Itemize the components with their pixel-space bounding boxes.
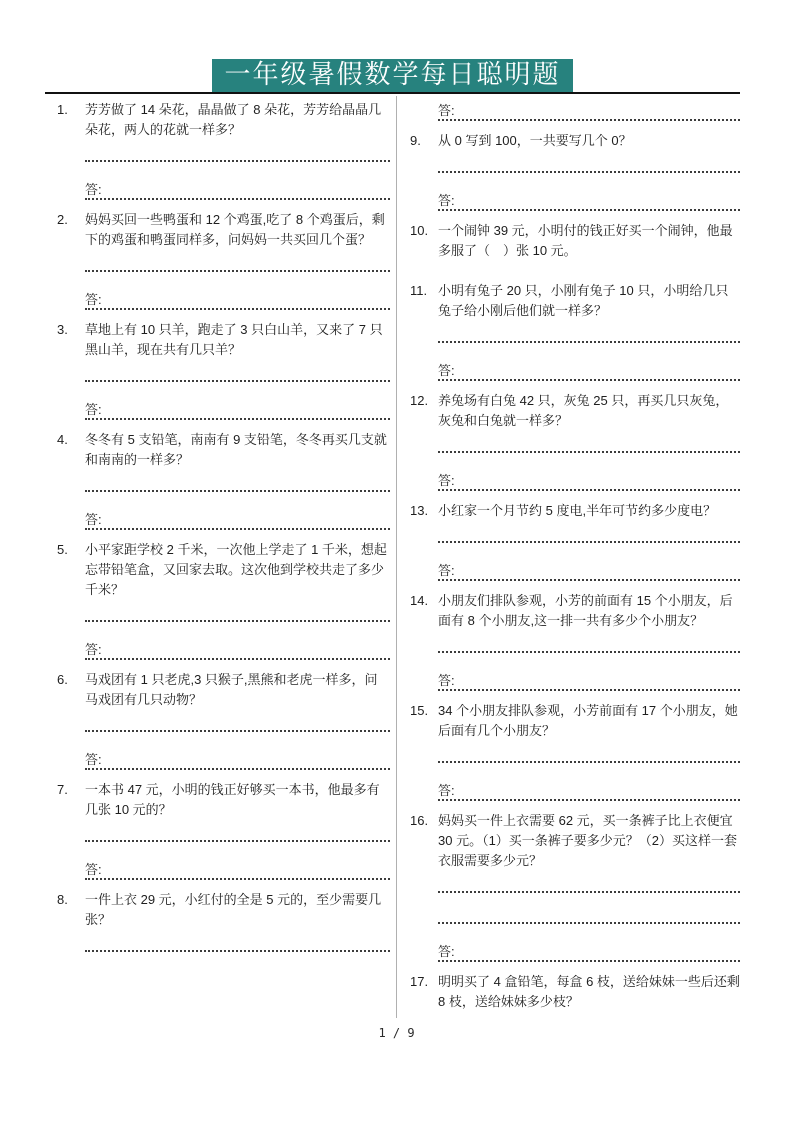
question-number: 5. — [57, 540, 85, 600]
question-item: 11.小明有兔子 20 只，小刚有兔子 10 只，小明给几只兔子给小刚后他们就一… — [410, 281, 740, 321]
question-text: 妈妈买一件上衣需要 62 元，买一条裤子比上衣便宜 30 元。（1）买一条裤子要… — [438, 811, 740, 871]
answer-writing-line — [438, 891, 740, 893]
question-text: 冬冬有 5 支铅笔，南南有 9 支铅笔，冬冬再买几支就和南南的一样多？ — [85, 430, 390, 470]
question-item: 2.妈妈买回一些鸭蛋和 12 个鸡蛋,吃了 8 个鸡蛋后，剩下的鸡蛋和鸭蛋同样多… — [57, 210, 390, 250]
question-number: 9. — [410, 131, 438, 151]
question-text: 小明有兔子 20 只，小刚有兔子 10 只，小明给几只兔子给小刚后他们就一样多？ — [438, 281, 740, 321]
answer-writing-line — [438, 761, 740, 763]
answer-label: 答: — [438, 944, 455, 959]
answer-writing-line — [438, 451, 740, 453]
question-item: 10.一个闹钟 39 元，小明付的钱正好买一个闹钟，他最多服了（ ）张 10 元… — [410, 221, 740, 261]
question-item: 5.小平家距学校 2 千米，一次他上学走了 1 千米，想起忘带铅笔盒，又回家去取… — [57, 540, 390, 600]
answer-writing-line — [85, 270, 390, 272]
answer-label: 答: — [438, 673, 455, 688]
question-text: 养兔场有白兔 42 只，灰兔 25 只，再买几只灰兔，灰兔和白兔就一样多？ — [438, 391, 740, 431]
answer-writing-line — [85, 950, 390, 952]
question-number: 13. — [410, 501, 438, 521]
answer-writing-line — [438, 541, 740, 543]
question-text: 草地上有 10 只羊，跑走了 3 只白山羊，又来了 7 只黑山羊，现在共有几只羊… — [85, 320, 390, 360]
answer-label-line: 答: — [85, 639, 390, 660]
question-text: 马戏团有 1 只老虎,3 只猴子,黑熊和老虎一样多，问马戏团有几只动物？ — [85, 670, 390, 710]
answer-label: 答: — [85, 752, 102, 767]
question-text: 小平家距学校 2 千米，一次他上学走了 1 千米，想起忘带铅笔盒，又回家去取。这… — [85, 540, 390, 600]
answer-writing-line — [438, 341, 740, 343]
answer-label-line: 答: — [438, 190, 740, 211]
answer-writing-line — [438, 922, 740, 924]
worksheet-page: 一年级暑假数学每日聪明题 1.芳芳做了 14 朵花，晶晶做了 8 朵花，芳芳给晶… — [0, 0, 793, 1122]
answer-label: 答: — [438, 363, 455, 378]
answer-label: 答: — [438, 473, 455, 488]
right-column: 答:9.从 0 写到 100，一共要写几个 0？答:10.一个闹钟 39 元，小… — [410, 100, 740, 1032]
answer-label: 答: — [85, 512, 102, 527]
question-item: 12.养兔场有白兔 42 只，灰兔 25 只，再买几只灰兔，灰兔和白兔就一样多？ — [410, 391, 740, 431]
answer-label: 答: — [438, 193, 455, 208]
question-item: 16.妈妈买一件上衣需要 62 元，买一条裤子比上衣便宜 30 元。（1）买一条… — [410, 811, 740, 871]
question-item: 17.明明买了 4 盒铅笔，每盒 6 枝，送给妹妹一些后还剩 8 枝，送给妹妹多… — [410, 972, 740, 1012]
question-number: 7. — [57, 780, 85, 820]
question-number: 4. — [57, 430, 85, 470]
question-item: 9.从 0 写到 100，一共要写几个 0？ — [410, 131, 740, 151]
question-text: 一件上衣 29 元，小红付的全是 5 元的，至少需要几张？ — [85, 890, 390, 930]
question-text: 从 0 写到 100，一共要写几个 0？ — [438, 131, 740, 151]
question-text: 一本书 47 元，小明的钱正好够买一本书，他最多有几张 10 元的？ — [85, 780, 390, 820]
answer-label: 答: — [85, 642, 102, 657]
question-item: 15.34 个小朋友排队参观，小芳前面有 17 个小朋友，她后面有几个小朋友？ — [410, 701, 740, 741]
answer-label-line: 答: — [85, 859, 390, 880]
answer-label: 答: — [85, 182, 102, 197]
question-number: 8. — [57, 890, 85, 930]
answer-writing-line — [85, 730, 390, 732]
question-number: 1. — [57, 100, 85, 140]
answer-label: 答: — [438, 783, 455, 798]
answer-writing-line — [85, 380, 390, 382]
page-header: 一年级暑假数学每日聪明题 — [45, 0, 740, 92]
question-item: 1.芳芳做了 14 朵花，晶晶做了 8 朵花，芳芳给晶晶几朵花，两人的花就一样多… — [57, 100, 390, 140]
answer-label: 答: — [438, 563, 455, 578]
question-number: 3. — [57, 320, 85, 360]
answer-label-line: 答: — [438, 470, 740, 491]
question-number: 10. — [410, 221, 438, 261]
answer-writing-line — [85, 620, 390, 622]
answer-writing-line — [438, 171, 740, 173]
answer-label-line: 答: — [438, 670, 740, 691]
answer-label-line: 答: — [438, 780, 740, 801]
question-item: 14.小朋友们排队参观，小芳的前面有 15 个小朋友，后面有 8 个小朋友,这一… — [410, 591, 740, 631]
question-number: 17. — [410, 972, 438, 1012]
page-number: 1 / 9 — [378, 1026, 414, 1040]
question-number: 2. — [57, 210, 85, 250]
question-item: 6.马戏团有 1 只老虎,3 只猴子,黑熊和老虎一样多，问马戏团有几只动物？ — [57, 670, 390, 710]
answer-writing-line — [85, 160, 390, 162]
answer-label-line: 答: — [438, 100, 740, 121]
question-item: 13.小红家一个月节约 5 度电,半年可节约多少度电？ — [410, 501, 740, 521]
answer-label-line: 答: — [438, 360, 740, 381]
answer-label-line: 答: — [85, 399, 390, 420]
answer-writing-line — [85, 490, 390, 492]
question-number: 16. — [410, 811, 438, 871]
question-text: 小红家一个月节约 5 度电,半年可节约多少度电？ — [438, 501, 740, 521]
question-item: 8.一件上衣 29 元，小红付的全是 5 元的，至少需要几张？ — [57, 890, 390, 930]
question-text: 妈妈买回一些鸭蛋和 12 个鸡蛋,吃了 8 个鸡蛋后，剩下的鸡蛋和鸭蛋同样多，问… — [85, 210, 390, 250]
answer-label-line: 答: — [85, 289, 390, 310]
question-item: 4.冬冬有 5 支铅笔，南南有 9 支铅笔，冬冬再买几支就和南南的一样多？ — [57, 430, 390, 470]
answer-writing-line — [85, 840, 390, 842]
page-title: 一年级暑假数学每日聪明题 — [212, 59, 572, 92]
question-number: 12. — [410, 391, 438, 431]
answer-writing-line — [438, 651, 740, 653]
question-item: 3.草地上有 10 只羊，跑走了 3 只白山羊，又来了 7 只黑山羊，现在共有几… — [57, 320, 390, 360]
header-rule — [45, 92, 740, 94]
question-columns: 1.芳芳做了 14 朵花，晶晶做了 8 朵花，芳芳给晶晶几朵花，两人的花就一样多… — [0, 100, 793, 1032]
answer-label-line: 答: — [438, 560, 740, 581]
question-item: 7.一本书 47 元，小明的钱正好够买一本书，他最多有几张 10 元的？ — [57, 780, 390, 820]
question-number: 15. — [410, 701, 438, 741]
answer-label: 答: — [438, 103, 455, 118]
answer-label: 答: — [85, 862, 102, 877]
page-footer: 1 / 9 — [0, 1026, 793, 1040]
question-text: 34 个小朋友排队参观，小芳前面有 17 个小朋友，她后面有几个小朋友？ — [438, 701, 740, 741]
question-number: 14. — [410, 591, 438, 631]
left-column: 1.芳芳做了 14 朵花，晶晶做了 8 朵花，芳芳给晶晶几朵花，两人的花就一样多… — [57, 100, 390, 1032]
answer-label-line: 答: — [438, 941, 740, 962]
answer-label-line: 答: — [85, 749, 390, 770]
question-text: 小朋友们排队参观，小芳的前面有 15 个小朋友，后面有 8 个小朋友,这一排一共… — [438, 591, 740, 631]
answer-label: 答: — [85, 402, 102, 417]
answer-label: 答: — [85, 292, 102, 307]
question-number: 11. — [410, 281, 438, 321]
question-text: 明明买了 4 盒铅笔，每盒 6 枝，送给妹妹一些后还剩 8 枝，送给妹妹多少枝？ — [438, 972, 740, 1012]
question-text: 芳芳做了 14 朵花，晶晶做了 8 朵花，芳芳给晶晶几朵花，两人的花就一样多？ — [85, 100, 390, 140]
question-text: 一个闹钟 39 元，小明付的钱正好买一个闹钟，他最多服了（ ）张 10 元。 — [438, 221, 740, 261]
question-number: 6. — [57, 670, 85, 710]
answer-label-line: 答: — [85, 179, 390, 200]
answer-label-line: 答: — [85, 509, 390, 530]
